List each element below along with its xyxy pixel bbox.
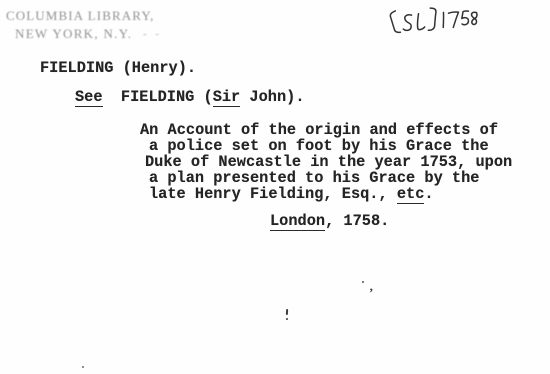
handwriting-digit-8 (471, 12, 477, 24)
ink-speck-squiggle-dot (286, 318, 288, 320)
imprint-place-underlined: London (270, 212, 325, 231)
ink-speck-squiggle (286, 309, 288, 315)
body-line-5: late Henry Fielding, Esq., etc. (149, 186, 434, 202)
handwriting-digit-5 (461, 11, 469, 25)
imprint-line: London, 1758. (270, 213, 389, 229)
stamp-line-1: COLUMBIA LIBRARY, (6, 8, 154, 24)
body-line-2: a police set on foot by his Grace the (149, 138, 489, 154)
ink-speck-apostrophe: ’ (369, 285, 373, 301)
body-line-5-end: . (424, 185, 433, 203)
handwriting-digit-7 (448, 12, 459, 28)
handwriting-digit-1 (442, 12, 444, 27)
see-reference-end: John). (240, 88, 304, 106)
see-word-underlined: See (75, 88, 103, 107)
ink-speck-dot-bottom (82, 366, 84, 368)
sir-word-underlined: Sir (213, 88, 241, 107)
etc-word-underlined: etc (397, 185, 425, 204)
stamp-faded-marks: - - (143, 28, 162, 40)
catalog-card: COLUMBIA LIBRARY, NEW YORK, N.Y. - - [SL… (0, 0, 550, 374)
body-line-4: a plan presented to his Grace by the (149, 170, 479, 186)
handwritten-shelfmark-annotation: [SL] 1758 (382, 0, 484, 45)
handwriting-letter-s (403, 15, 413, 31)
ink-speck-dot (362, 281, 364, 283)
stamp-line-2: NEW YORK, N.Y. (15, 26, 132, 42)
body-line-1: An Account of the origin and effects of (140, 122, 498, 138)
heading-line: FIELDING (Henry). (40, 60, 196, 76)
handwriting-right-bracket (427, 8, 437, 31)
see-reference-middle: FIELDING ( (103, 88, 213, 106)
imprint-rest: , 1758. (325, 212, 389, 230)
handwriting-letter-l (417, 13, 425, 29)
body-line-3: Duke of Newcastle in the year 1753, upon (145, 154, 512, 170)
handwriting-left-bracket (390, 11, 400, 33)
body-line-5-start: late Henry Fielding, Esq., (149, 185, 397, 203)
see-reference-line: See FIELDING (Sir John). (75, 89, 305, 105)
